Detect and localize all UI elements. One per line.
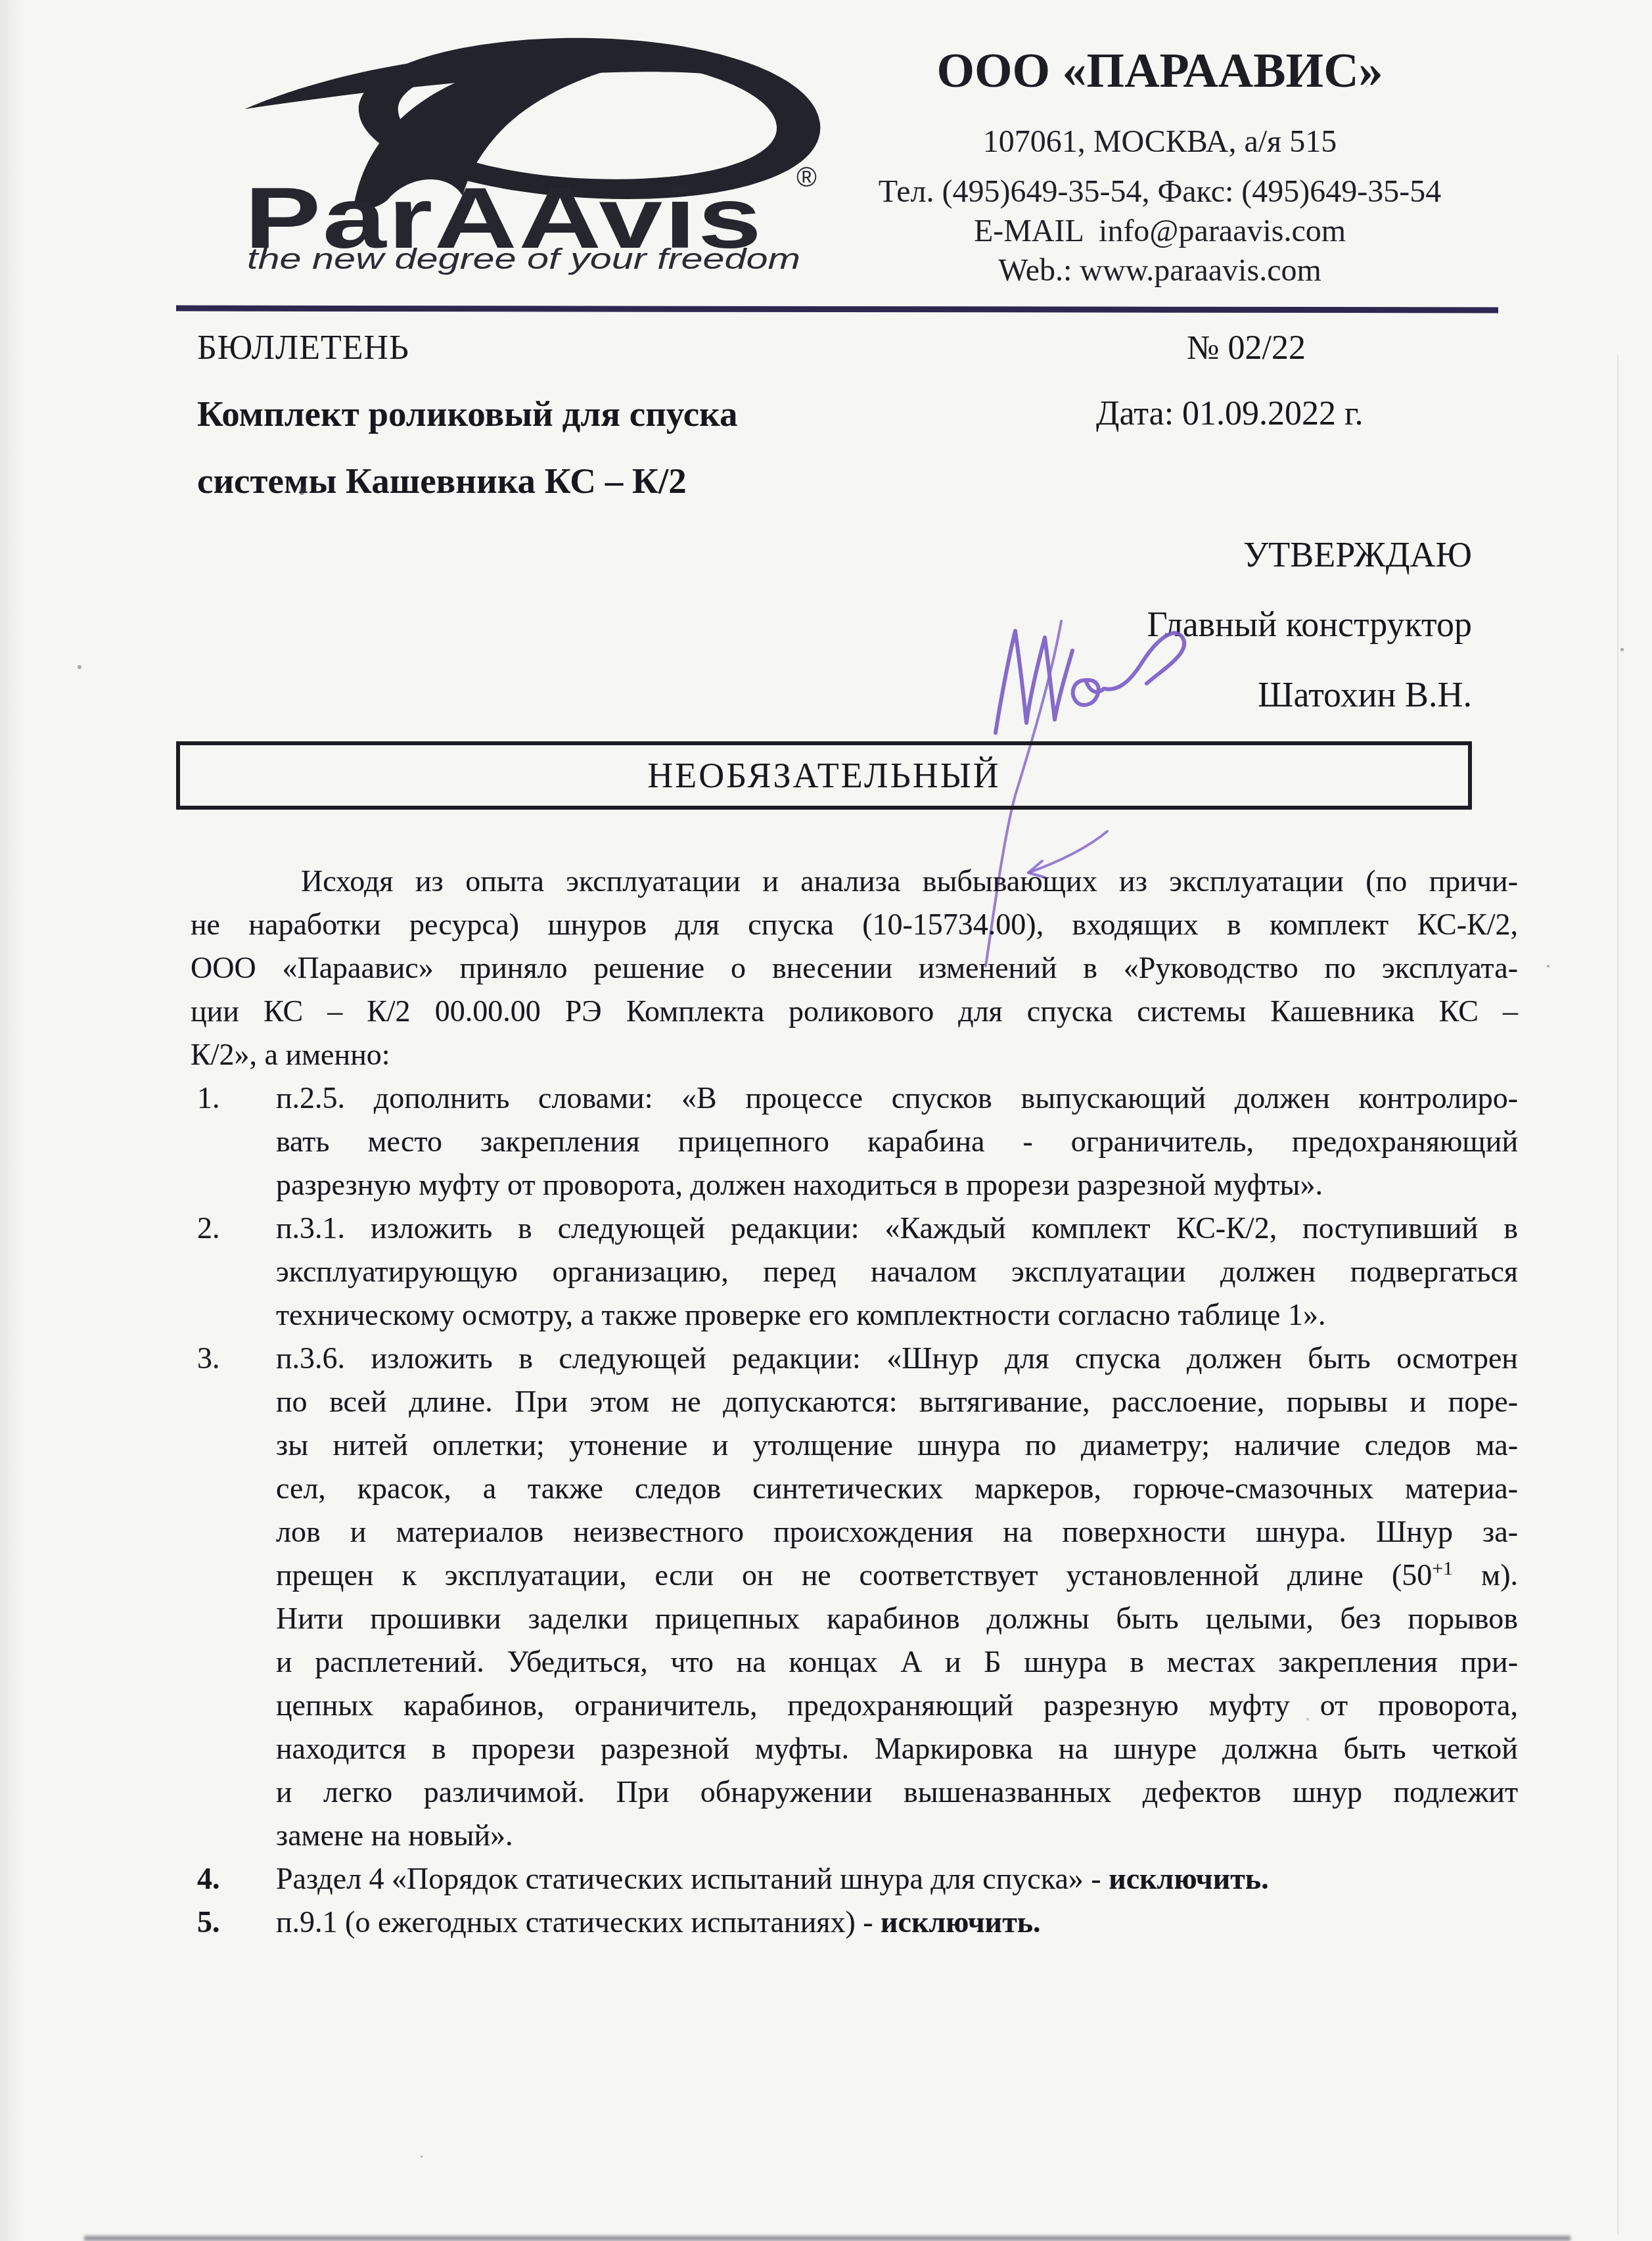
list-item-5-line: 5.п.9.1 (о ежегодных статических испытан… xyxy=(191,1901,1518,1944)
paraavis-logo: ParAAvis ® the new degree of your freedo… xyxy=(243,46,835,273)
list-item-3-line: по всей длине. При этом не допускаются: … xyxy=(191,1380,1518,1423)
list-item-3-text: м). xyxy=(1453,1558,1518,1592)
doc-date: Дата: 01.09.2022 г. xyxy=(1096,394,1364,433)
approve-label: УТВЕРЖДАЮ xyxy=(1243,534,1472,575)
approver-title: Главный конструктор xyxy=(1147,604,1472,645)
list-item-3-line: замене на новый». xyxy=(191,1814,1518,1857)
scanned-bulletin-page: ParAAvis ® the new degree of your freedo… xyxy=(0,0,1652,2241)
company-phone-fax: Тел. (495)649-35-54, Факс: (495)649-35-5… xyxy=(848,173,1472,210)
list-item-5-text: п.9.1 (о ежегодных статических испытания… xyxy=(276,1905,881,1939)
list-item-3-line: цепных карабинов, ограничитель, предохра… xyxy=(191,1684,1518,1727)
scanner-streak xyxy=(1617,355,1618,2234)
intro-line: К/2», а именно: xyxy=(191,1033,1518,1076)
list-item-3-line: Нити прошивки заделки прицепных карабино… xyxy=(191,1597,1518,1640)
letterhead-divider-rule xyxy=(176,306,1498,313)
list-item-3-line: сел, красок, а также следов синтетически… xyxy=(191,1467,1518,1510)
list-item-4-emphasis: исключить. xyxy=(1109,1862,1269,1895)
list-item-2-text: п.3.1. изложить в следующей редакции: «К… xyxy=(276,1211,1518,1245)
list-item-2-number: 2. xyxy=(197,1207,220,1250)
list-item-3-line: и легко различимой. При обнаружении выше… xyxy=(191,1770,1518,1814)
superscript-tolerance: +1 xyxy=(1432,1558,1453,1579)
scan-speck xyxy=(1547,965,1549,967)
list-item-3-line-superscript: прещен к эксплуатации, если он не соотве… xyxy=(191,1554,1518,1597)
company-address: 107061, МОСКВА, а/я 515 xyxy=(848,124,1472,160)
list-item-3-number: 3. xyxy=(197,1337,220,1380)
list-item-3-line: находится в прорези разрезной муфты. Мар… xyxy=(191,1727,1518,1770)
list-item-3-text: п.3.6. изложить в следующей редакции: «Ш… xyxy=(276,1341,1518,1375)
doc-type-label: БЮЛЛЕТЕНЬ xyxy=(197,329,409,367)
list-item-2-line: эксплуатирующую организацию, перед начал… xyxy=(191,1250,1518,1293)
list-item-1-text: п.2.5. дополнить словами: «В процессе сп… xyxy=(276,1081,1518,1115)
scan-speck xyxy=(78,665,81,669)
list-item-5-number: 5. xyxy=(197,1901,220,1944)
approver-name: Шатохин В.Н. xyxy=(1258,674,1472,715)
company-name: ООО «ПАРААВИС» xyxy=(848,43,1472,99)
list-item-1-line: 1.п.2.5. дополнить словами: «В процессе … xyxy=(191,1076,1518,1120)
list-item-1-number: 1. xyxy=(197,1076,220,1120)
doc-title-line2: системы Кашевника КС – К/2 xyxy=(197,460,687,501)
doc-number: № 02/22 xyxy=(1187,329,1306,367)
list-item-2-line: 2.п.3.1. изложить в следующей редакции: … xyxy=(191,1207,1518,1250)
list-item-4-text: Раздел 4 «Порядок статических испытаний … xyxy=(276,1862,1109,1895)
list-item-3-line: зы нитей оплетки; утонение и утолщение ш… xyxy=(191,1423,1518,1467)
list-item-3-text: прещен к эксплуатации, если он не соотве… xyxy=(276,1558,1432,1592)
scan-speck xyxy=(1306,1718,1309,1721)
intro-line: не наработки ресурса) шнуров для спуска … xyxy=(191,903,1518,946)
company-website: Web.: www.paraavis.com xyxy=(848,252,1472,289)
doc-title-line1: Комплект роликовый для спуска xyxy=(197,393,737,434)
intro-line: ООО «Параавис» приняло решение о внесени… xyxy=(191,946,1518,990)
list-item-3-line: и расплетений. Убедиться, что на концах … xyxy=(191,1640,1518,1684)
list-item-1-line: вать место закрепления прицепного караби… xyxy=(191,1120,1518,1163)
intro-line: Исходя из опыта эксплуатации и анализа в… xyxy=(191,860,1518,903)
scan-speck xyxy=(421,2156,423,2158)
intro-line: ции КС – К/2 00.00.00 РЭ Комплекта ролик… xyxy=(191,990,1518,1033)
optional-stamp-box: НЕОБЯЗАТЕЛЬНЫЙ xyxy=(176,741,1472,810)
list-item-3-line: лов и материалов неизвестного происхожде… xyxy=(191,1510,1518,1554)
registered-trademark-icon: ® xyxy=(796,162,817,193)
body-text: Исходя из опыта эксплуатации и анализа в… xyxy=(191,860,1518,1944)
list-item-3-line: 3.п.3.6. изложить в следующей редакции: … xyxy=(191,1337,1518,1380)
list-item-1-line: разрезную муфту от проворота, должен нах… xyxy=(191,1163,1518,1207)
list-item-5-emphasis: исключить. xyxy=(881,1905,1041,1939)
brand-tagline: the new degree of your freedom xyxy=(247,243,800,276)
scan-edge-artifact xyxy=(84,2236,1571,2241)
optional-stamp-label: НЕОБЯЗАТЕЛЬНЫЙ xyxy=(647,755,1001,796)
scan-speck xyxy=(1620,648,1624,651)
list-item-4-line: 4.Раздел 4 «Порядок статических испытани… xyxy=(191,1857,1518,1901)
scan-edge-shadow xyxy=(0,0,24,2241)
list-item-2-line: техническому осмотру, а также проверке е… xyxy=(191,1293,1518,1337)
list-item-4-number: 4. xyxy=(197,1857,220,1901)
company-email: E-MAIL info@paraavis.com xyxy=(848,213,1472,249)
